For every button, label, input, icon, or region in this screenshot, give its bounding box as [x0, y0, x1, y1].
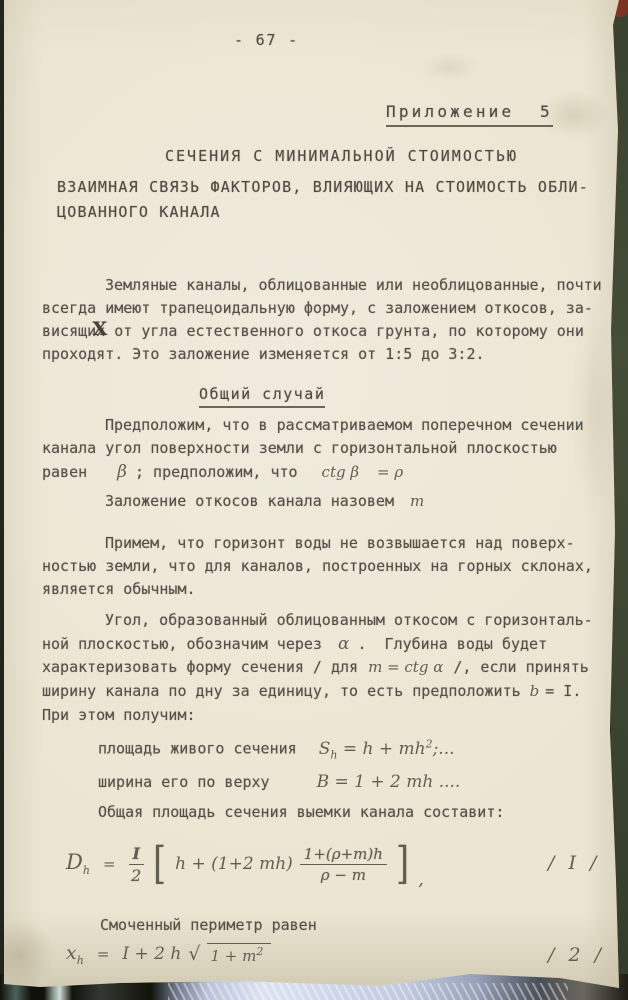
para4-line3: является обычным. — [42, 580, 196, 598]
area-item: площадь живого сеченияSh = h + mh2;... — [98, 737, 455, 761]
d-symbol: Dh — [66, 850, 90, 877]
line-text: Заложение откосов канала назовем — [105, 492, 394, 510]
radical-sign: √ — [188, 943, 200, 965]
formula-1: Dh = I2 [ h + (1+2 mh) 1+(ρ+m)hρ − m ] , — [66, 838, 424, 890]
para2-line1: Предположим, что в рассматриваемом попер… — [105, 416, 584, 434]
inner-fraction: 1+(ρ+m)hρ − m — [300, 845, 387, 884]
typed-x-correction: X — [92, 318, 107, 340]
equals-sign: = — [103, 855, 116, 873]
root-expression: 1 + m — [210, 947, 256, 965]
line-text: = I. — [545, 682, 581, 700]
equation-2-tag: / 2 / — [548, 944, 605, 966]
total-area-label: Общая площадь сечения выемки канала сост… — [98, 803, 504, 821]
line-text: от угла естественного откоса грунта, по … — [105, 322, 584, 340]
para1-line2: всегда имеют трапецоидальную форму, с за… — [42, 299, 593, 317]
line-text: . Глубина воды будет — [357, 635, 547, 653]
x-letter: x — [66, 942, 77, 964]
root-squared: 2 — [256, 945, 263, 958]
line-text: ной плоскостью, обозначим через — [42, 635, 322, 653]
page-number: - 67 - — [234, 31, 299, 49]
paper-stain — [420, 52, 480, 82]
paper-sheet: - 67 - Приложение 5 СЕЧЕНИЯ С МИНИМАЛЬНО… — [0, 0, 628, 1000]
formula-2: xh = I + 2 h √ 1 + m2 — [66, 942, 271, 967]
line-text: характеризовать форму сечения / для — [42, 658, 358, 676]
m-symbol: m — [410, 492, 424, 510]
section-heading: Общий случай — [199, 385, 325, 408]
bracket-inner: h + (1+2 mh) — [175, 854, 293, 874]
line-text: равен — [42, 463, 87, 481]
document-subtitle-line2: ЦОВАННОГО КАНАЛА — [57, 203, 221, 221]
para5-line4: ширину канала по дну за единицу, то есть… — [42, 682, 581, 700]
one-half-fraction: I2 — [129, 844, 144, 885]
area-label: площадь живого сечения — [98, 740, 297, 758]
para2-line2: канала угол поверхности земли с горизонт… — [42, 439, 557, 457]
document-title: СЕЧЕНИЯ С МИНИМАЛЬНОЙ СТОИМОСТЬЮ — [165, 147, 518, 165]
b-symbol: b — [530, 682, 540, 700]
para1-line3: висящихX от угла естественного откоса гр… — [42, 322, 584, 340]
para5-line1: Угол, образованный облицованным откосом … — [105, 611, 593, 629]
equation-1-tag: / I / — [548, 852, 600, 874]
rhs-text: I + 2 h — [122, 944, 181, 964]
width-item: ширина его по верхуB = 1 + 2 mh .... — [98, 772, 460, 792]
alpha-symbol: α — [338, 634, 349, 654]
x-symbol: xh — [66, 942, 84, 967]
perimeter-label: Смоченный периметр равен — [100, 916, 317, 934]
equals-sign: = — [97, 945, 110, 963]
line-text: ширину канала по дну за единицу, то есть… — [42, 682, 521, 700]
inner-denominator: ρ − m — [321, 865, 366, 884]
s-symbol: S — [319, 739, 331, 759]
width-formula: B = 1 + 2 mh .... — [317, 772, 461, 792]
width-label: ширина его по верху — [98, 773, 270, 791]
para4-line2: ностью земли, что для каналов, построенн… — [42, 557, 593, 575]
para5-line5: При этом получим: — [42, 706, 196, 724]
para4-line1: Примем, что горизонт воды не возвышается… — [105, 534, 575, 552]
appendix-label: Приложение 5 — [386, 102, 553, 127]
beta-symbol: β — [117, 462, 127, 482]
para3-line: Заложение откосов канала назовемm — [105, 492, 424, 510]
document-subtitle-line1: ВЗАИМНАЯ СВЯЗЬ ФАКТОРОВ, ВЛИЯЮЩИХ НА СТО… — [57, 178, 589, 196]
para2-line3: равенβ; предположим, чтоctg β= ρ — [42, 462, 403, 482]
ctg-beta: ctg β — [322, 463, 359, 481]
d-subscript: h — [83, 865, 90, 878]
area-formula: Sh = h + mh2;... — [319, 739, 455, 759]
comma: , — [418, 869, 424, 890]
paper-stain — [0, 920, 55, 990]
line-text: /, если принять — [453, 658, 588, 676]
line-text: ; предположим, что — [135, 463, 298, 481]
para1-line1: Земляные каналы, облицованные или необли… — [105, 276, 602, 294]
m-ctg-alpha: m = ctg α — [368, 658, 443, 676]
fraction-numerator: I — [129, 844, 144, 865]
root-body: 1 + m2 — [207, 943, 271, 965]
squared: 2 — [426, 737, 433, 750]
fraction-denominator: 2 — [131, 865, 141, 885]
para1-line4: проходят. Это заложение изменяется от 1:… — [42, 345, 485, 363]
scanned-document: - 67 - Приложение 5 СЕЧЕНИЯ С МИНИМАЛЬНО… — [0, 0, 628, 1000]
para5-line3: характеризовать форму сечения / дляm = c… — [42, 658, 589, 676]
d-letter: D — [66, 850, 83, 874]
inner-numerator: 1+(ρ+m)h — [300, 845, 387, 865]
area-tail: ;... — [433, 739, 455, 759]
equals-rho: = ρ — [377, 463, 403, 481]
x-subscript: h — [77, 954, 84, 967]
corrected-word: висящихX — [42, 322, 105, 340]
para5-line2: ной плоскостью, обозначим черезα. Глубин… — [42, 634, 547, 654]
area-rhs: = h + mh — [337, 739, 425, 759]
